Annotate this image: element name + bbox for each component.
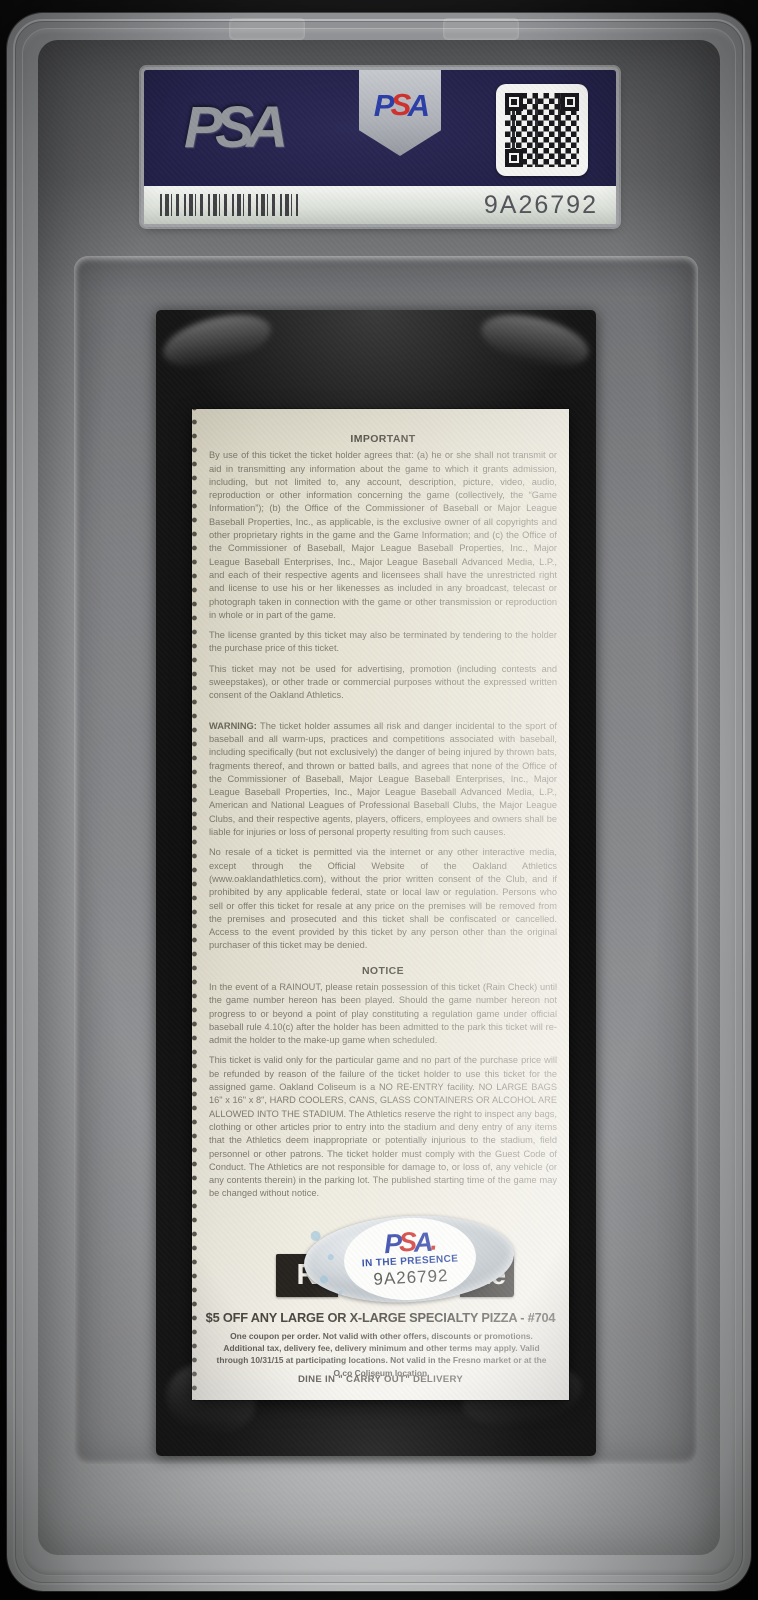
- qr-code-icon: [496, 84, 588, 176]
- ticket-sleeve: [156, 310, 596, 1456]
- psa-cert-label: PSA PSA 9A26792: [144, 70, 616, 224]
- warning-text: The ticket holder assumes all risk and d…: [209, 721, 557, 837]
- coupon-headline: $5 OFF ANY LARGE OR X-LARGE SPECIALTY PI…: [198, 1310, 564, 1325]
- sticker-letter: P: [383, 1228, 399, 1259]
- sticker-presence-label: IN THE PRESENCE: [362, 1253, 459, 1269]
- paragraph-advertising: This ticket may not be used for advertis…: [209, 663, 557, 703]
- coupon-footer: DINE IN " CARRY OUT" DELIVERY: [192, 1374, 569, 1385]
- paragraph-no-resale: No resale of a ticket is permitted via t…: [209, 846, 557, 952]
- shield-letter: A: [408, 88, 427, 124]
- sticker-letter: .: [429, 1225, 435, 1255]
- slab-interior-foam: PSA PSA 9A26792: [38, 40, 720, 1555]
- shield-letter: S: [391, 87, 408, 123]
- psa-presence-sticker: PSA. IN THE PRESENCE 9A26792: [302, 1211, 516, 1308]
- heading-notice: NOTICE: [209, 965, 557, 978]
- psa-slab-case: PSA PSA 9A26792: [7, 13, 751, 1591]
- cert-number: 9A26792: [484, 191, 598, 220]
- ticket-window: IMPORTANT By use of this ticket the tick…: [74, 256, 698, 1464]
- paragraph-rainout: In the event of a RAINOUT, please retain…: [209, 981, 557, 1047]
- ticket-back: IMPORTANT By use of this ticket the tick…: [192, 409, 569, 1400]
- sticker-psa-logo: PSA.: [383, 1229, 434, 1256]
- legal-text-block: IMPORTANT By use of this ticket the tick…: [192, 409, 569, 1199]
- psa-logo: PSA: [184, 94, 281, 161]
- shield-letter: P: [374, 88, 391, 124]
- sticker-core: PSA. IN THE PRESENCE 9A26792: [342, 1215, 478, 1304]
- coupon-terms: One coupon per order. Not valid with oth…: [210, 1330, 554, 1379]
- sticker-letter: S: [398, 1226, 414, 1257]
- paragraph-license: The license granted by this ticket may a…: [209, 629, 557, 656]
- paragraph-game-information: By use of this ticket the ticket holder …: [209, 449, 557, 622]
- slab-top-tab: [443, 18, 519, 40]
- sticker-letter: A: [413, 1226, 431, 1257]
- window-highlight: [179, 1450, 554, 1454]
- pizza-logo-right: ble: [460, 1254, 514, 1297]
- paragraph-validity: This ticket is valid only for the partic…: [209, 1054, 557, 1199]
- sleeve-gloss: [160, 1355, 263, 1442]
- window-highlight: [244, 324, 524, 328]
- perforation-edge: [192, 409, 198, 1400]
- warning-label: WARNING:: [209, 721, 257, 731]
- paragraph-warning: WARNING: The ticket holder assumes all r…: [209, 720, 557, 840]
- coupon-section: R ble PSA. IN THE PRESENCE 9A26792: [192, 1200, 569, 1400]
- cert-label-navy-band: PSA PSA: [144, 70, 616, 186]
- photo-backdrop: PSA PSA 9A26792: [0, 0, 758, 1600]
- slab-top-tab: [229, 18, 305, 40]
- barcode-icon: [160, 194, 298, 216]
- heading-important: IMPORTANT: [209, 433, 557, 446]
- sleeve-gloss: [458, 1356, 587, 1436]
- pizza-logo-left: R: [276, 1254, 338, 1297]
- psa-shield-icon: PSA: [359, 70, 441, 156]
- glare-overlay: [192, 409, 569, 1400]
- sleeve-gloss: [158, 305, 276, 376]
- sticker-cert-number: 9A26792: [373, 1265, 449, 1289]
- sleeve-gloss: [476, 305, 594, 376]
- cert-label-strip: 9A26792: [144, 186, 616, 224]
